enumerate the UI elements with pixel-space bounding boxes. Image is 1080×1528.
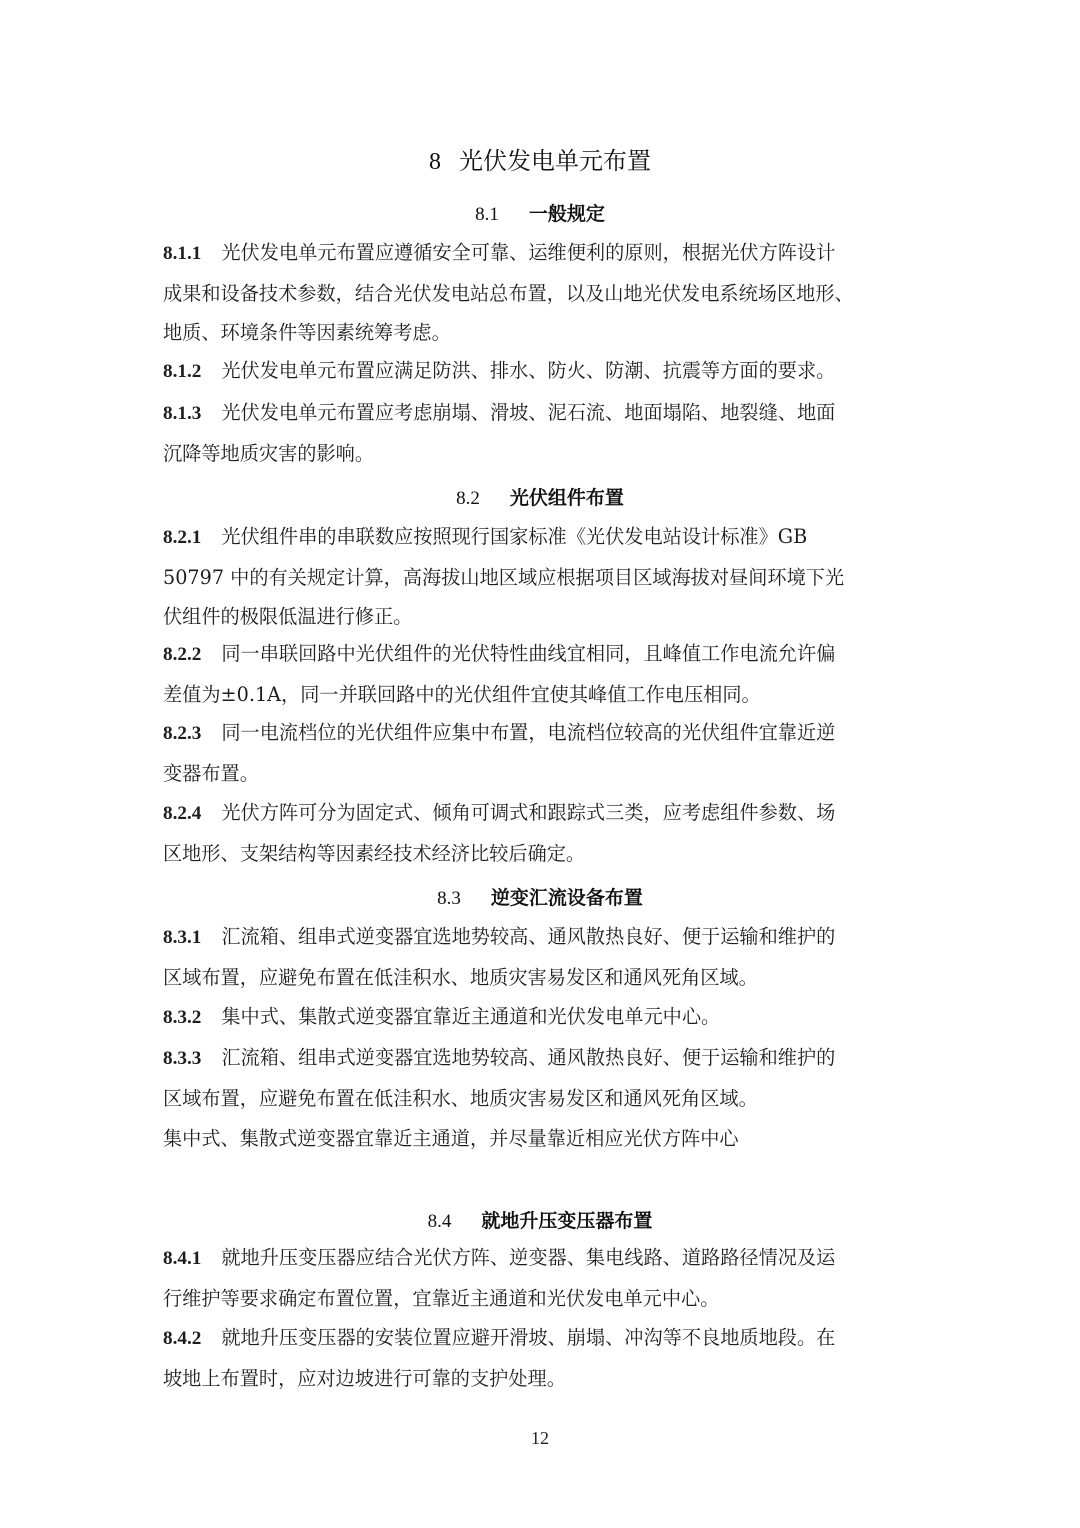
clause-8-3-1: 8.3.1汇流箱、组串式逆变器宜选地势较高、通风散热良好、便于运输和维护的 区域… [163,917,919,997]
clause-text: 坡地上布置时，应对边坡进行可靠的支护处理。 [163,1359,919,1399]
section-label: 光伏组件布置 [510,487,624,509]
clause-text: 汇流箱、组串式逆变器宜选地势较高、通风散热良好、便于运输和维护的 [221,925,835,948]
clause-text: 光伏发电单元布置应考虑崩塌、滑坡、泥石流、地面塌陷、地裂缝、地面 [221,401,835,424]
clause-text: 就地升压变压器应结合光伏方阵、逆变器、集电线路、道路路径情况及运 [221,1246,835,1269]
clause-8-2-2: 8.2.2同一串联回路中光伏组件的光伏特性曲线宜相同，且峰值工作电流允许偏 差值… [163,634,919,714]
clause-text: 光伏方阵可分为固定式、倾角可调式和跟踪式三类，应考虑组件参数、场 [221,801,835,824]
clause-8-1-3: 8.1.3光伏发电单元布置应考虑崩塌、滑坡、泥石流、地面塌陷、地裂缝、地面 沉降… [163,393,919,473]
section-title-8-3: 8.3逆变汇流设备布置 [0,884,1080,913]
clause-text: 区域布置，应避免布置在低洼积水、地质灾害易发区和通风死角区域。 [163,1079,919,1119]
clause-8-4-1: 8.4.1就地升压变压器应结合光伏方阵、逆变器、集电线路、道路路径情况及运 行维… [163,1238,919,1318]
clause-number: 8.3.1 [163,927,201,948]
clause-text: 光伏发电单元布置应满足防洪、排水、防火、防潮、抗震等方面的要求。 [221,359,835,382]
section-label: 逆变汇流设备布置 [491,887,643,909]
clause-text: 区域布置，应避免布置在低洼积水、地质灾害易发区和通风死角区域。 [163,958,919,998]
clause-number: 8.2.4 [163,803,201,824]
section-number: 8.3 [437,888,461,909]
clause-text: 汇流箱、组串式逆变器宜选地势较高、通风散热良好、便于运输和维护的 [221,1046,835,1069]
clause-text: 差值为±0.1A，同一并联回路中的光伏组件宜使其峰值工作电压相同。 [163,675,919,715]
clause-8-1-2: 8.1.2光伏发电单元布置应满足防洪、排水、防火、防潮、抗震等方面的要求。 [163,351,919,392]
clause-number: 8.2.1 [163,527,201,548]
clause-text: 光伏发电单元布置应遵循安全可靠、运维便利的原则，根据光伏方阵设计 [221,241,835,264]
clause-text: 区地形、支架结构等因素经技术经济比较后确定。 [163,834,919,874]
clause-8-4-2: 8.4.2就地升压变压器的安装位置应避开滑坡、崩塌、冲沟等不良地质地段。在 坡地… [163,1318,919,1398]
chapter-title: 8光伏发电单元布置 [0,143,1080,180]
clause-8-1-1: 8.1.1光伏发电单元布置应遵循安全可靠、运维便利的原则，根据光伏方阵设计 成果… [163,233,919,353]
section-number: 8.2 [456,488,480,509]
clause-number: 8.3.2 [163,1007,201,1028]
chapter-number: 8 [429,149,441,175]
clause-text: 集中式、集散式逆变器宜靠近主通道，并尽量靠近相应光伏方阵中心 [163,1119,919,1159]
clause-text: 集中式、集散式逆变器宜靠近主通道和光伏发电单元中心。 [221,1005,720,1028]
clause-number: 8.2.2 [163,644,201,665]
clause-8-2-4: 8.2.4光伏方阵可分为固定式、倾角可调式和跟踪式三类，应考虑组件参数、场 区地… [163,793,919,873]
clause-8-2-1: 8.2.1光伏组件串的串联数应按照现行国家标准《光伏发电站设计标准》GB 507… [163,517,919,637]
clause-text: 同一电流档位的光伏组件应集中布置，电流档位较高的光伏组件宜靠近逆 [221,721,835,744]
clause-number: 8.1.1 [163,243,201,264]
section-number: 8.1 [475,204,499,225]
clause-text: 沉降等地质灾害的影响。 [163,434,919,474]
clause-text: 同一串联回路中光伏组件的光伏特性曲线宜相同，且峰值工作电流允许偏 [221,642,835,665]
clause-8-3-3: 8.3.3汇流箱、组串式逆变器宜选地势较高、通风散热良好、便于运输和维护的 区域… [163,1038,919,1118]
clause-number: 8.1.2 [163,361,201,382]
clause-text: 地质、环境条件等因素统筹考虑。 [163,313,919,353]
clause-text: 50797 中的有关规定计算，高海拔山地区域应根据项目区域海拔对昼间环境下光 [163,558,919,598]
chapter-label: 光伏发电单元布置 [459,147,651,175]
clause-text: 光伏组件串的串联数应按照现行国家标准《光伏发电站设计标准》GB [221,525,807,548]
clause-text: 成果和设备技术参数，结合光伏发电站总布置，以及山地光伏发电系统场区地形、 [163,274,919,314]
clause-number: 8.4.1 [163,1248,201,1269]
clause-number: 8.3.3 [163,1048,201,1069]
section-title-8-2: 8.2光伏组件布置 [0,484,1080,513]
section-title-8-4: 8.4就地升压变压器布置 [0,1207,1080,1236]
page-number: 12 [0,1428,1080,1449]
clause-text: 就地升压变压器的安装位置应避开滑坡、崩塌、冲沟等不良地质地段。在 [221,1326,835,1349]
clause-text: 伏组件的极限低温进行修正。 [163,597,919,637]
clause-8-3-2: 8.3.2集中式、集散式逆变器宜靠近主通道和光伏发电单元中心。 [163,997,919,1038]
clause-number: 8.2.3 [163,723,201,744]
section-label: 就地升压变压器布置 [481,1210,652,1232]
section-title-8-1: 8.1一般规定 [0,200,1080,229]
clause-8-2-3: 8.2.3同一电流档位的光伏组件应集中布置，电流档位较高的光伏组件宜靠近逆 变器… [163,713,919,793]
clause-8-3-note: 集中式、集散式逆变器宜靠近主通道，并尽量靠近相应光伏方阵中心 [163,1119,919,1159]
clause-number: 8.4.2 [163,1328,201,1349]
clause-text: 行维护等要求确定布置位置，宜靠近主通道和光伏发电单元中心。 [163,1279,919,1319]
section-number: 8.4 [428,1211,452,1232]
document-page: 8光伏发电单元布置 8.1一般规定 8.1.1光伏发电单元布置应遵循安全可靠、运… [0,0,1080,1528]
clause-text: 变器布置。 [163,754,919,794]
section-label: 一般规定 [529,203,605,225]
clause-number: 8.1.3 [163,403,201,424]
